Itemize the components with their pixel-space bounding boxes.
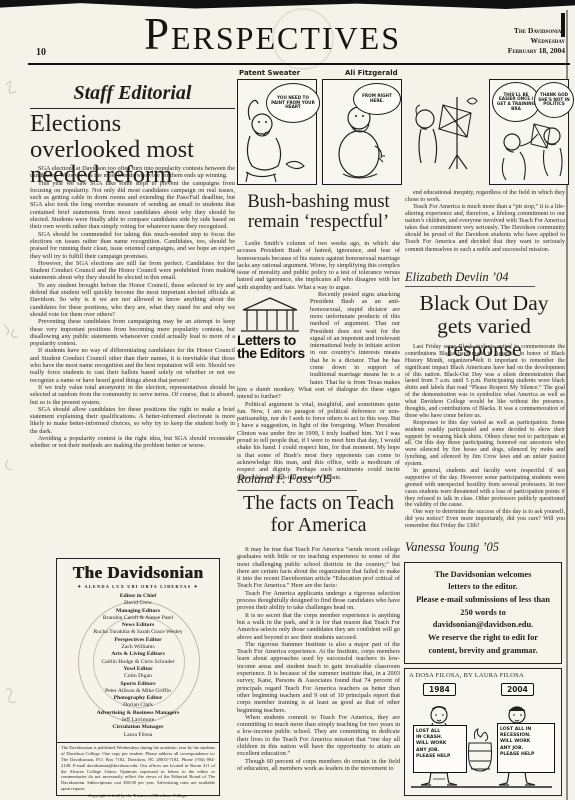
staff-role: Arts & Living Editors (57, 651, 219, 658)
staff-role: Photography Editor (57, 695, 219, 702)
newspaper-page: Perspectives 10 The Davidsonian Wednesda… (0, 0, 575, 800)
staff-role: Circulation Manager (57, 724, 219, 731)
paper-name: The Davidsonian (508, 26, 565, 36)
cartoon-artist-label: Ali Fitzgerald (345, 69, 398, 77)
comic-title: A DOSA FILOSA, BY LAURA FILOSA (409, 672, 524, 679)
year-plaque-2004: 2004 (501, 683, 534, 696)
staff-role: Perspectives Editor (57, 637, 219, 644)
tfa-byline: Elizabeth Devlin ’04 (405, 268, 565, 286)
cartoon-panel-2: FROM RIGHT HERE. (322, 79, 402, 185)
speech-bubble-1: YOU NEED TO PAINT FROM YOUR HEART (266, 83, 320, 123)
staff-role: Advertising & Business Managers (57, 710, 219, 717)
masthead-rule (28, 63, 570, 65)
staff-name: Colin Digan (57, 673, 219, 680)
cartoon-panel-1: YOU NEED TO PAINT FROM YOUR HEART (237, 79, 317, 185)
dateline: The Davidsonian Wednesday February 18, 2… (508, 26, 565, 56)
staff-name: Caitlin Hodge & Chris Schrader (57, 659, 219, 666)
cartoon-title-left: Patent Sweater (239, 69, 300, 77)
bush-article: Leslie Smith’s column of two weeks ago, … (237, 240, 400, 481)
tfa-headline: The facts on Teach for America (237, 492, 400, 537)
letters-to-editors-graphic: Letters to the Editors (237, 294, 305, 382)
year-plaque-1984: 1984 (423, 683, 456, 696)
cartoon-panel-4: THIS'LL BE EASIER ONCE I GET A TRAINING … (489, 79, 569, 185)
elections-body: SGA elections at Davidson too often turn… (30, 165, 235, 450)
staff-role: Managing Editors (57, 608, 219, 615)
publication-fine-print: The Davidsonian is published Wednesdays … (57, 745, 219, 792)
bush-body-intro: Leslie Smith’s column of two weeks ago, … (237, 240, 400, 291)
letters-graphic-label: Letters to the Editors (237, 334, 305, 360)
speech-bubble-4: THANK GOD SHE'S NOT IN POLITICS (534, 82, 574, 118)
staff-name: David Crew (57, 600, 219, 607)
box-divider (57, 742, 219, 743)
copyright-line: Copyright is held by the Trustees of Dav… (57, 793, 219, 798)
tfa-body: It may be true that Teach For America “s… (237, 546, 400, 772)
dosa-filosa-comic: A DOSA FILOSA, BY LAURA FILOSA 1984 2004… (404, 668, 562, 796)
byline-rule (405, 286, 535, 287)
margin-pencil-marks (0, 60, 28, 760)
staff-name: Brandon Caroll & Aimee Patel (57, 615, 219, 622)
bush-headline: Bush-bashing must remain ‘respectful’ (237, 192, 400, 233)
staff-role: Yowl Editor (57, 666, 219, 673)
tfa-body-continued: end educational inequity, regardless of … (405, 190, 565, 254)
mail-building-icon (237, 294, 303, 334)
staff-name: Jeff Larrimore (57, 717, 219, 724)
speech-bubble-2: FROM RIGHT HERE. (353, 83, 401, 115)
issue-date: February 18, 2004 (508, 46, 565, 56)
staff-name: Zach Williams (57, 644, 219, 651)
davidsonian-masthead-box: The Davidsonian ✦ ALENDA LUX UBI ORTA LI… (56, 558, 220, 796)
letters-submission-box: The Davidsonian welcomesletters to the e… (404, 562, 562, 664)
cartoon-panel-3 (409, 79, 487, 183)
speech-bubble-3: THIS'LL BE EASIER ONCE I GET A TRAINING … (492, 82, 540, 122)
section-title: Perspectives (0, 8, 545, 60)
blackout-byline: Vanessa Young ’05 (405, 538, 565, 556)
staff-name: Peter Allison & Mike Griffin (57, 688, 219, 695)
staff-name: Laura Filosa (57, 732, 219, 739)
blackout-body: Last Friday some Black students united t… (405, 344, 565, 530)
staff-role: Sports Editors (57, 681, 219, 688)
byline-rule (237, 490, 357, 491)
sign-1984: LOST ALL IN CRASH. WILL WORK ANY JOB. PL… (413, 725, 467, 773)
staff-role: News Editors (57, 622, 219, 629)
staff-name: Dorian Clark (57, 702, 219, 709)
davidsonian-title: The Davidsonian (57, 563, 219, 583)
staff-editorial-kicker: Staff Editorial (30, 82, 235, 105)
davidsonian-motto: ✦ ALENDA LUX UBI ORTA LIBERTAS ✦ (57, 584, 219, 590)
staff-list: Editor in Chief David Crew Managing Edit… (57, 593, 219, 739)
page-number: 10 (36, 47, 46, 58)
issue-day: Wednesday (508, 36, 565, 46)
sign-2004: LOST ALL IN RECESSION. WILL WORK ANY JOB… (497, 723, 555, 773)
staff-role: Editor in Chief (57, 593, 219, 600)
kicker-rule (30, 108, 235, 109)
editorial-cartoon-strip: Patent Sweater Ali Fitzgerald YOU NEED T… (237, 69, 570, 188)
bush-byline: Roland F. Foss ’05 (237, 470, 400, 491)
staff-name: Rucha Turakhia & Sarah Grace Wesley (57, 629, 219, 636)
